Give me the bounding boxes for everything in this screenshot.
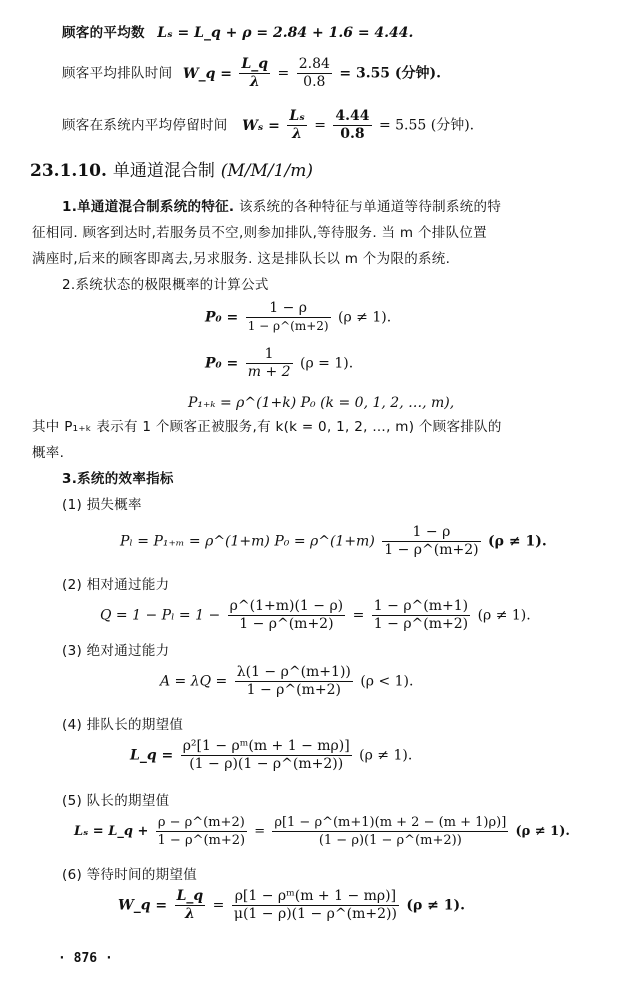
expected-wait-time-eq: W_q = L_q λ = ρ[1 − ρᵐ(m + 1 − mρ)] μ(1 …: [118, 888, 465, 923]
frac-denominator: (1 − ρ)(1 − ρ^(m+2)): [181, 756, 352, 773]
eq-condition: (ρ ≠ 1).: [359, 748, 412, 764]
frac-denominator: 1 − ρ^(m+2): [235, 682, 353, 699]
frac-denominator: m + 2: [246, 364, 293, 381]
page-number: · 876 ·: [58, 950, 113, 968]
mean-wait-lhs: W_q =: [183, 66, 232, 82]
frac-denominator: 1 − ρ^(m+2): [382, 542, 480, 559]
mean-stay-frac1: Lₛ λ: [287, 108, 306, 143]
frac-denominator: λ: [287, 126, 306, 143]
frac-denominator: (1 − ρ)(1 − ρ^(m+2)): [272, 832, 508, 849]
frac-numerator: ρ[1 − ρᵐ(m + 1 − mρ)]: [232, 888, 399, 906]
eq-lhs: P₀ =: [205, 310, 238, 326]
frac-numerator: ρ²[1 − ρᵐ(m + 1 − mρ)]: [181, 738, 352, 756]
frac-numerator: Lₛ: [287, 108, 306, 126]
eq-fraction: L_q λ: [175, 888, 206, 923]
absolute-throughput-eq: A = λQ = λ(1 − ρ^(m+1)) 1 − ρ^(m+2) (ρ <…: [160, 664, 413, 699]
frac-numerator: 1: [246, 346, 293, 364]
frac-denominator: μ(1 − ρ)(1 − ρ^(m+2)): [232, 906, 399, 923]
sub4-label: (4) 排队长的期望值: [62, 716, 183, 734]
frac-numerator: λ(1 − ρ^(m+1)): [235, 664, 353, 682]
frac-numerator: 1 − ρ: [382, 524, 480, 542]
frac-numerator: 1 − ρ^(m+1): [372, 598, 470, 616]
mean-stay-lhs: Wₛ =: [242, 118, 280, 134]
eq-lhs: Lₛ = L_q +: [74, 824, 148, 839]
eq-condition: (ρ = 1).: [300, 356, 353, 372]
sub5-label: (5) 队长的期望值: [62, 792, 169, 810]
item1-line3: 满座时,后来的顾客即离去,另求服务. 这是排队长以 m 个为限的系统.: [32, 250, 450, 268]
frac-denominator: λ: [239, 74, 270, 91]
eq-lhs: W_q =: [118, 898, 167, 914]
mean-stay-label: 顾客在系统内平均停留时间: [62, 118, 228, 134]
eq-condition: (ρ < 1).: [360, 674, 413, 690]
item3-label: 3.系统的效率指标: [62, 470, 174, 488]
eq-fraction: 1 − ρ^(m+1) 1 − ρ^(m+2): [372, 598, 470, 633]
eq-lhs: Q = 1 − Pₗ = 1 −: [100, 608, 220, 624]
frac-numerator: ρ^(1+m)(1 − ρ): [228, 598, 346, 616]
sub2-label: (2) 相对通过能力: [62, 576, 169, 594]
mean-stay-result: = 5.55 (分钟).: [379, 118, 474, 134]
eq-p0-rho-ne-1: P₀ = 1 − ρ 1 − ρ^(m+2) (ρ ≠ 1).: [205, 300, 391, 335]
eq-fraction: λ(1 − ρ^(m+1)) 1 − ρ^(m+2): [235, 664, 353, 699]
mean-wait-label: 顾客平均排队时间: [62, 66, 172, 82]
eq-lhs: Pₗ = P₁₊ₘ = ρ^(1+m) P₀ = ρ^(1+m): [120, 534, 375, 550]
section-heading: 23.1.10. 单通道混合制 (M/M/1/m): [30, 160, 313, 182]
section-number: 23.1.10.: [30, 161, 107, 181]
eq-fraction: ρ − ρ^(m+2) 1 − ρ^(m+2): [156, 814, 248, 849]
item1-line2: 征相同. 顾客到达时,若服务员不空,则参加排队,等待服务. 当 m 个排队位置: [32, 224, 487, 242]
frac-numerator: 1 − ρ: [246, 300, 331, 318]
frac-denominator: 1 − ρ^(m+2): [372, 616, 470, 633]
eq-fraction: 1 − ρ 1 − ρ^(m+2): [382, 524, 480, 559]
eq-fraction: 1 m + 2: [246, 346, 293, 381]
frac-denominator: 0.8: [333, 126, 371, 143]
mean-wait-frac1: L_q λ: [239, 56, 270, 91]
mean-stay-frac2: 4.44 0.8: [333, 108, 371, 143]
eq-condition: (ρ ≠ 1).: [406, 898, 465, 914]
frac-numerator: ρ[1 − ρ^(m+1)(m + 2 − (m + 1)ρ)]: [272, 814, 508, 832]
frac-denominator: 1 − ρ^(m+2): [228, 616, 346, 633]
mean-customers-label: 顾客的平均数: [62, 25, 145, 41]
frac-denominator: 1 − ρ^(m+2): [246, 318, 331, 335]
eq-p1k: P₁₊ₖ = ρ^(1+k) P₀ (k = 0, 1, 2, …, m),: [188, 394, 454, 412]
mean-customers-line: 顾客的平均数 Lₛ = L_q + ρ = 2.84 + 1.6 = 4.44.: [62, 24, 413, 42]
eq-lhs: P₀ =: [205, 356, 238, 372]
section-notation: (M/M/1/m): [221, 161, 313, 181]
frac-numerator: L_q: [175, 888, 206, 906]
item1-text: 该系统的各种特征与单通道等待制系统的特: [239, 199, 501, 215]
item2-explain-line2: 概率.: [32, 444, 64, 462]
item2-explain-line1: 其中 P₁₊ₖ 表示有 1 个顾客正被服务,有 k(k = 0, 1, 2, ……: [32, 418, 502, 436]
frac-denominator: 1 − ρ^(m+2): [156, 832, 248, 849]
sub6-label: (6) 等待时间的期望值: [62, 866, 197, 884]
frac-numerator: 4.44: [333, 108, 371, 126]
frac-numerator: ρ − ρ^(m+2): [156, 814, 248, 832]
eq-fraction: ρ^(1+m)(1 − ρ) 1 − ρ^(m+2): [228, 598, 346, 633]
eq-fraction: ρ[1 − ρ^(m+1)(m + 2 − (m + 1)ρ)] (1 − ρ)…: [272, 814, 508, 849]
eq-condition: (ρ ≠ 1).: [515, 824, 569, 839]
expected-system-length-eq: Lₛ = L_q + ρ − ρ^(m+2) 1 − ρ^(m+2) = ρ[1…: [74, 814, 570, 849]
eq-fraction: ρ²[1 − ρᵐ(m + 1 − mρ)] (1 − ρ)(1 − ρ^(m+…: [181, 738, 352, 773]
item1-line1: 1.单通道混合制系统的特征. 该系统的各种特征与单通道等待制系统的特: [62, 198, 501, 216]
frac-numerator: 2.84: [297, 56, 332, 74]
eq-fraction: 1 − ρ 1 − ρ^(m+2): [246, 300, 331, 335]
eq-condition: (ρ ≠ 1).: [488, 534, 547, 550]
mean-wait-line: 顾客平均排队时间 W_q = L_q λ = 2.84 0.8 = 3.55 (…: [62, 56, 441, 91]
eq-condition: (ρ ≠ 1).: [478, 608, 531, 624]
item2-label: 2.系统状态的极限概率的计算公式: [62, 276, 269, 294]
section-title: 单通道混合制: [113, 161, 215, 181]
item1-label: 1.单通道混合制系统的特征.: [62, 199, 234, 215]
mean-stay-line: 顾客在系统内平均停留时间 Wₛ = Lₛ λ = 4.44 0.8 = 5.55…: [62, 108, 474, 143]
sub3-label: (3) 绝对通过能力: [62, 642, 169, 660]
mean-wait-result: = 3.55 (分钟).: [339, 66, 441, 82]
eq-lhs: A = λQ =: [160, 674, 227, 690]
relative-throughput-eq: Q = 1 − Pₗ = 1 − ρ^(1+m)(1 − ρ) 1 − ρ^(m…: [100, 598, 531, 633]
mean-customers-formula: Lₛ = L_q + ρ = 2.84 + 1.6 = 4.44.: [157, 25, 413, 41]
mean-wait-frac2: 2.84 0.8: [297, 56, 332, 91]
sub1-label: (1) 损失概率: [62, 496, 142, 514]
frac-denominator: 0.8: [297, 74, 332, 91]
eq-fraction: ρ[1 − ρᵐ(m + 1 − mρ)] μ(1 − ρ)(1 − ρ^(m+…: [232, 888, 399, 923]
frac-denominator: λ: [175, 906, 206, 923]
loss-probability-eq: Pₗ = P₁₊ₘ = ρ^(1+m) P₀ = ρ^(1+m) 1 − ρ 1…: [120, 524, 547, 559]
frac-numerator: L_q: [239, 56, 270, 74]
eq-p0-rho-eq-1: P₀ = 1 m + 2 (ρ = 1).: [205, 346, 353, 381]
expected-queue-length-eq: L_q = ρ²[1 − ρᵐ(m + 1 − mρ)] (1 − ρ)(1 −…: [130, 738, 412, 773]
eq-lhs: L_q =: [130, 748, 173, 764]
eq-condition: (ρ ≠ 1).: [338, 310, 391, 326]
